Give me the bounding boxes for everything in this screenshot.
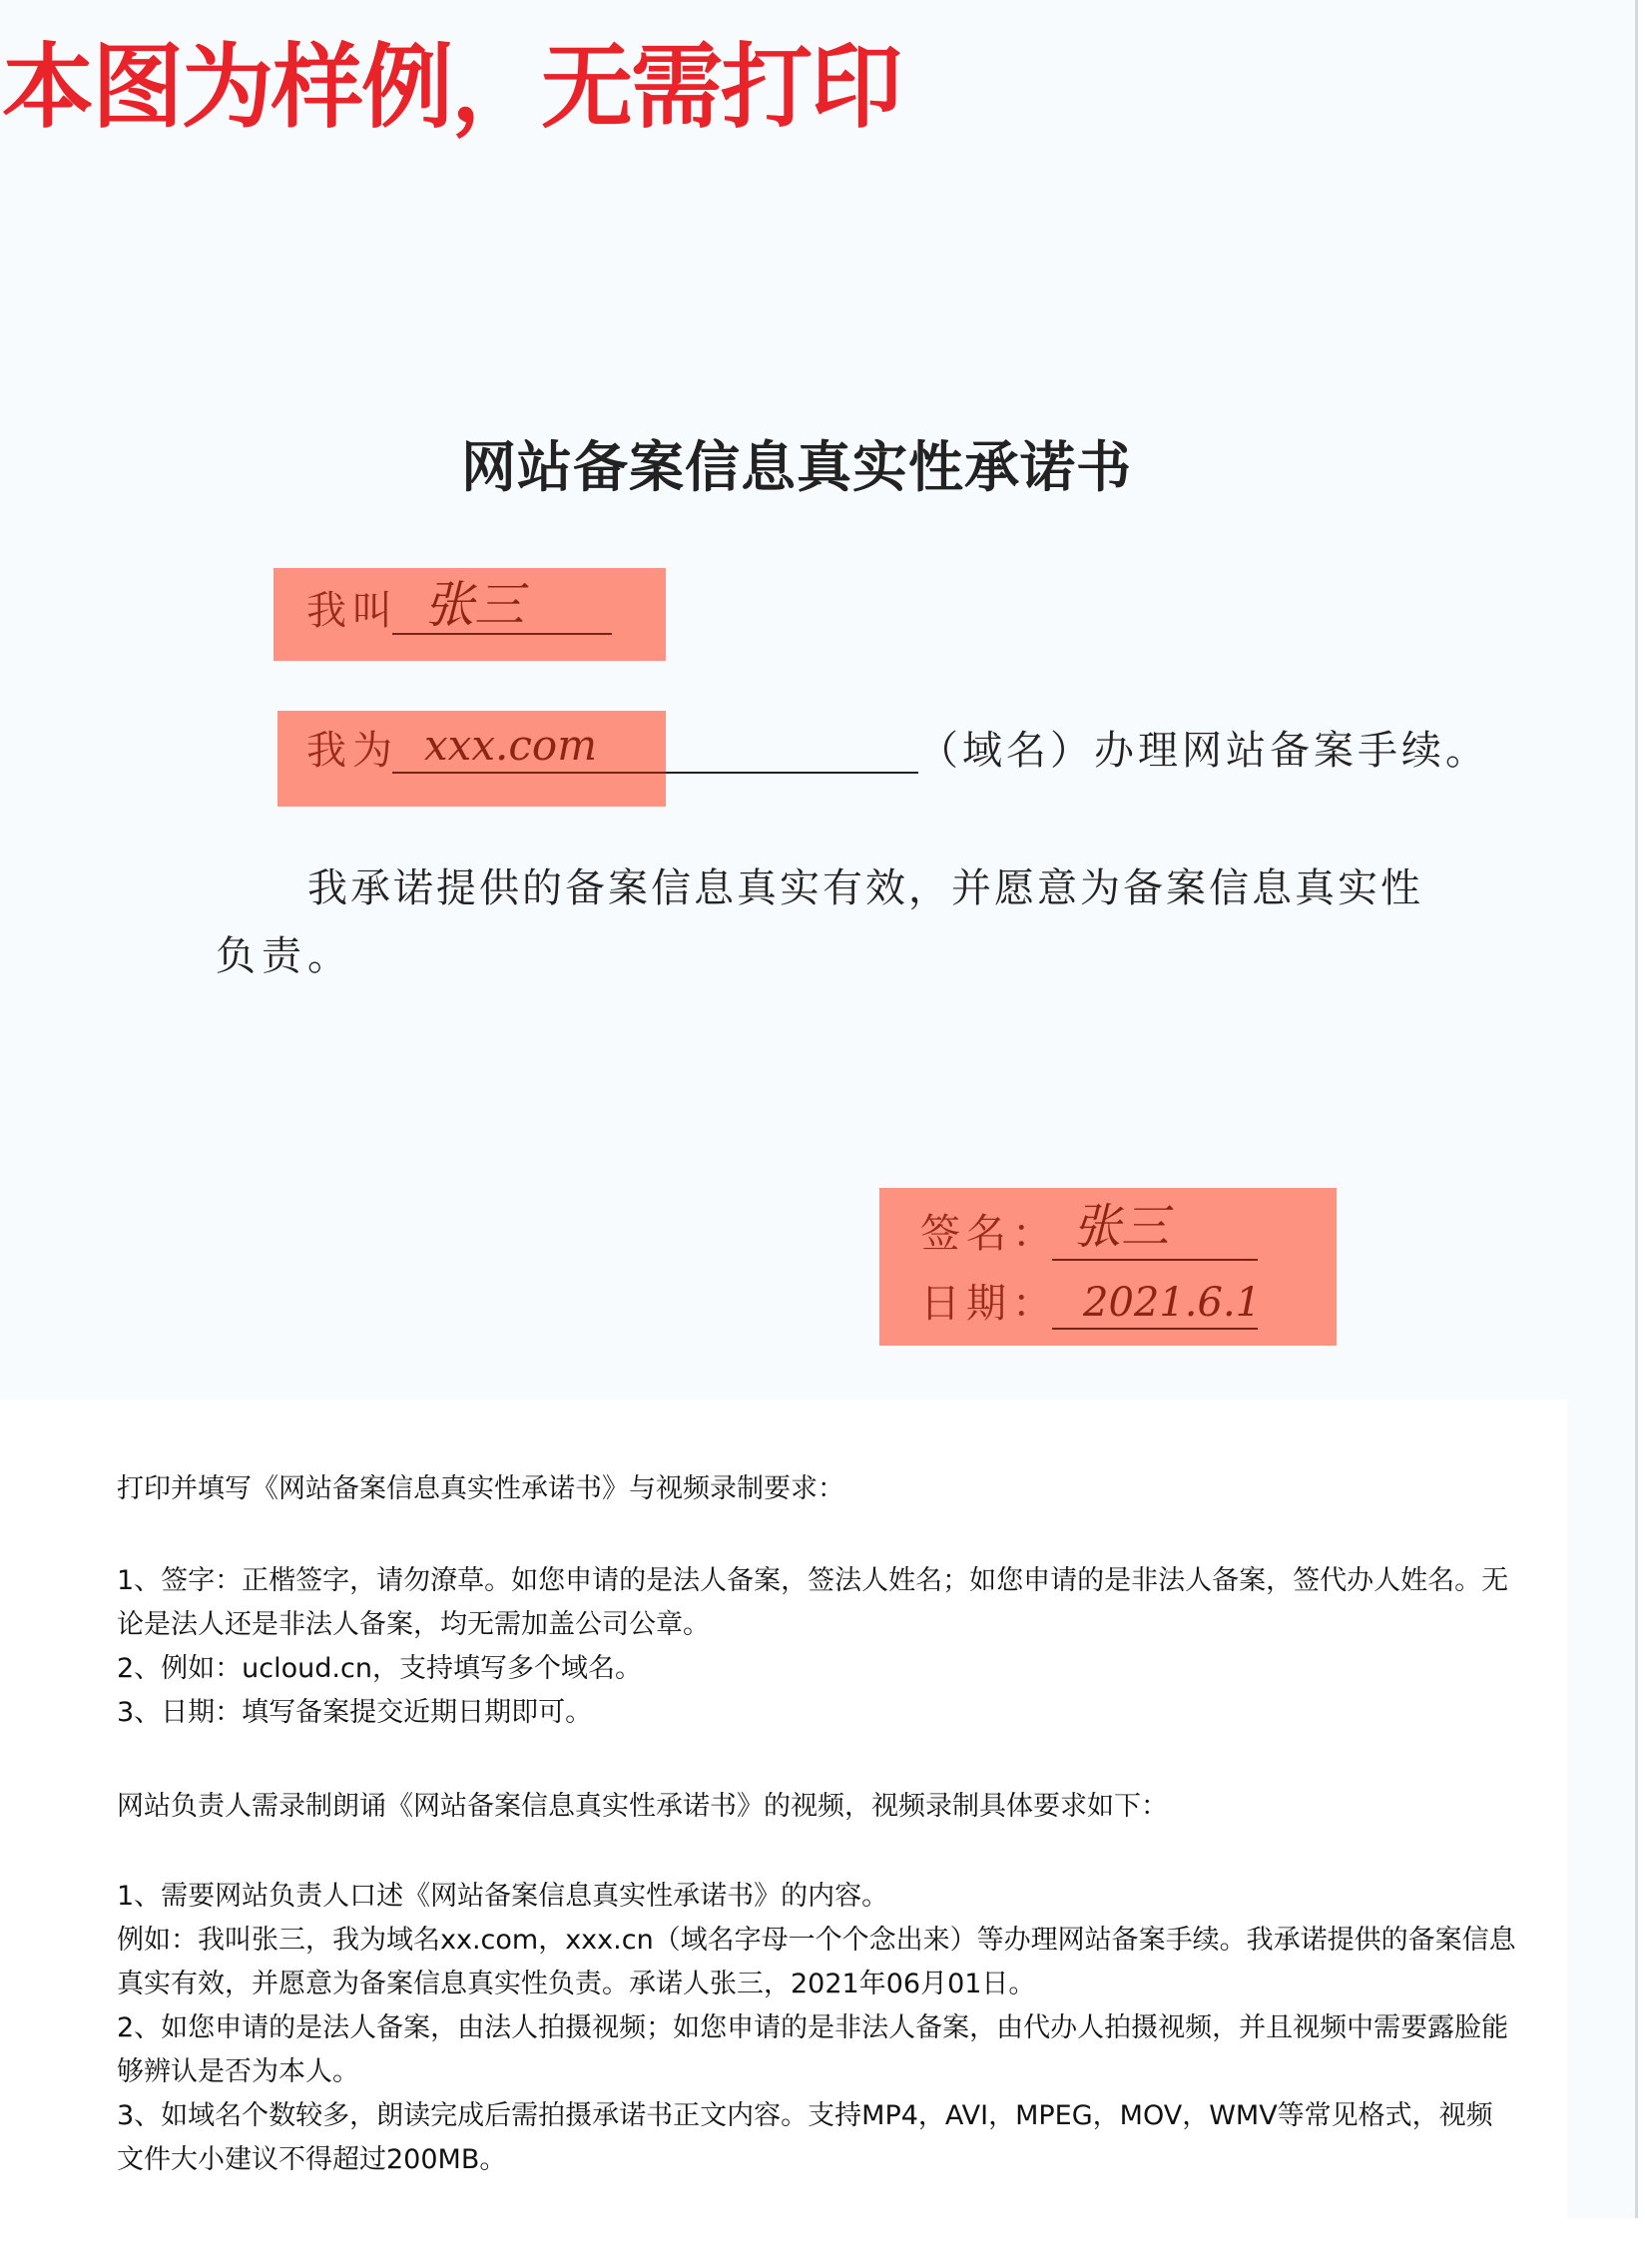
video-requirements-heading: 网站负责人需录制朗诵《网站备案信息真实性承诺书》的视频，视频录制具体要求如下： [117,1785,1514,1829]
domain-suffix-text: （域名）办理网站备案手续。 [918,727,1489,775]
domain-handwritten-value: xxx.com [424,721,597,771]
date-label: 日期： [920,1280,1058,1328]
print-item-1-line-2: 论是法人还是非法人备案，均无需加盖公司公章。 [117,1603,1514,1647]
date-handwritten-value: 2021.6.1 [1083,1278,1261,1328]
document-title: 网站备案信息真实性承诺书 [461,435,1132,499]
print-item-3: 3、日期：填写备案提交近期日期即可。 [117,1691,1514,1735]
signature-underline [1052,1259,1258,1261]
video-item-2-line-2: 够辨认是否为本人。 [117,2050,1514,2094]
domain-underline-highlighted [392,772,666,774]
print-requirements-heading: 打印并填写《网站备案信息真实性承诺书》与视频录制要求： [117,1467,1514,1511]
domain-label: 我为 [306,727,398,775]
print-item-2: 2、例如：ucloud.cn，支持填写多个域名。 [117,1647,1514,1691]
name-handwritten-value: 张三 [424,575,524,635]
video-item-2-line-1: 2、如您申请的是法人备案，由法人拍摄视频；如您申请的是非法人备案，由代办人拍摄视… [117,2006,1514,2050]
video-item-1-example-line-2: 真实有效，并愿意为备案信息真实性负责。承诺人张三，2021年06月01日。 [117,1963,1514,2006]
instructions-panel: 打印并填写《网站备案信息真实性承诺书》与视频录制要求： 1、签字：正楷签字，请勿… [0,1400,1567,2218]
video-item-3-line-2: 文件大小建议不得超过200MB。 [117,2138,1514,2182]
video-item-3-line-1: 3、如域名个数较多，朗读完成后需拍摄承诺书正文内容。支持MP4，AVI，MPEG… [117,2094,1514,2138]
sample-warning-banner: 本图为样例，无需打印 [2,38,900,138]
signature-label: 签名： [920,1210,1058,1258]
print-item-1-line-1: 1、签字：正楷签字，请勿潦草。如您申请的是法人备案，签法人姓名；如您申请的是非法… [117,1559,1514,1603]
video-item-1-example-line-1: 例如：我叫张三，我为域名xx.com，xxx.cn（域名字母一个个念出来）等办理… [117,1919,1514,1963]
pledge-line-2: 负责。 [216,932,353,980]
signature-handwritten-value: 张三 [1073,1198,1169,1256]
date-underline [1052,1328,1258,1330]
pledge-line-1: 我承诺提供的备案信息真实有效，并愿意为备案信息真实性 [307,864,1423,912]
name-label: 我叫 [306,587,398,635]
domain-underline [666,772,918,774]
video-item-1: 1、需要网站负责人口述《网站备案信息真实性承诺书》的内容。 [117,1875,1514,1919]
